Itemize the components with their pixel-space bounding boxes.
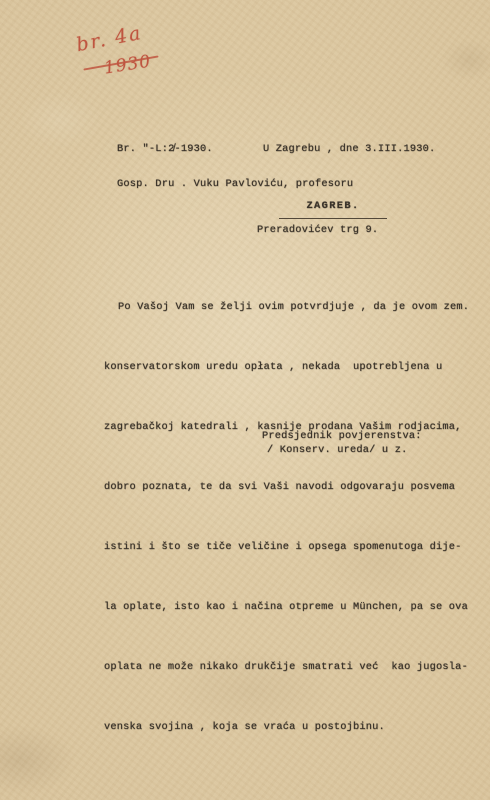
reference-number: Br. "-L:2̸-1930. [117, 139, 213, 159]
body-line: dobro poznata, te da svi Vaši navodi odg… [104, 477, 456, 497]
body-line: la oplate, isto kao i načina otpreme u M… [104, 597, 456, 617]
body-paragraph: Po Vašoj Vam se želji ovim potvrdjuje , … [104, 257, 456, 777]
body-line: venska svojina , koja se vraća u postojb… [104, 717, 456, 737]
body-line: istini i što se tiče veličine i opsega s… [104, 537, 456, 557]
dateline: U Zagrebu , dne 3.III.1930. [263, 139, 435, 159]
recipient-line: Gosp. Dru . Vuku Pavloviću, profesoru [117, 174, 353, 194]
recipient-address: Preradovićev trg 9. [257, 220, 378, 240]
signature-title: Predsjednik povjerenstva: [262, 429, 422, 443]
recipient-city: ZAGREB. [279, 196, 387, 219]
body-line: konservatorskom uredu opłata , nekada up… [104, 357, 456, 377]
signature-note: / Konserv. ureda/ u z. [267, 443, 407, 457]
letter-sheet: br. 4a 1930 Br. "-L:2̸-1930. U Zagrebu ,… [0, 0, 490, 800]
body-line: Po Vašoj Vam se želji ovim potvrdjuje , … [104, 297, 456, 317]
red-pencil-annotation-year: 1930 [103, 51, 153, 78]
body-line: oplata ne može nikako drukčije smatrati … [104, 657, 456, 677]
red-pencil-annotation-number: br. 4a [75, 22, 145, 56]
